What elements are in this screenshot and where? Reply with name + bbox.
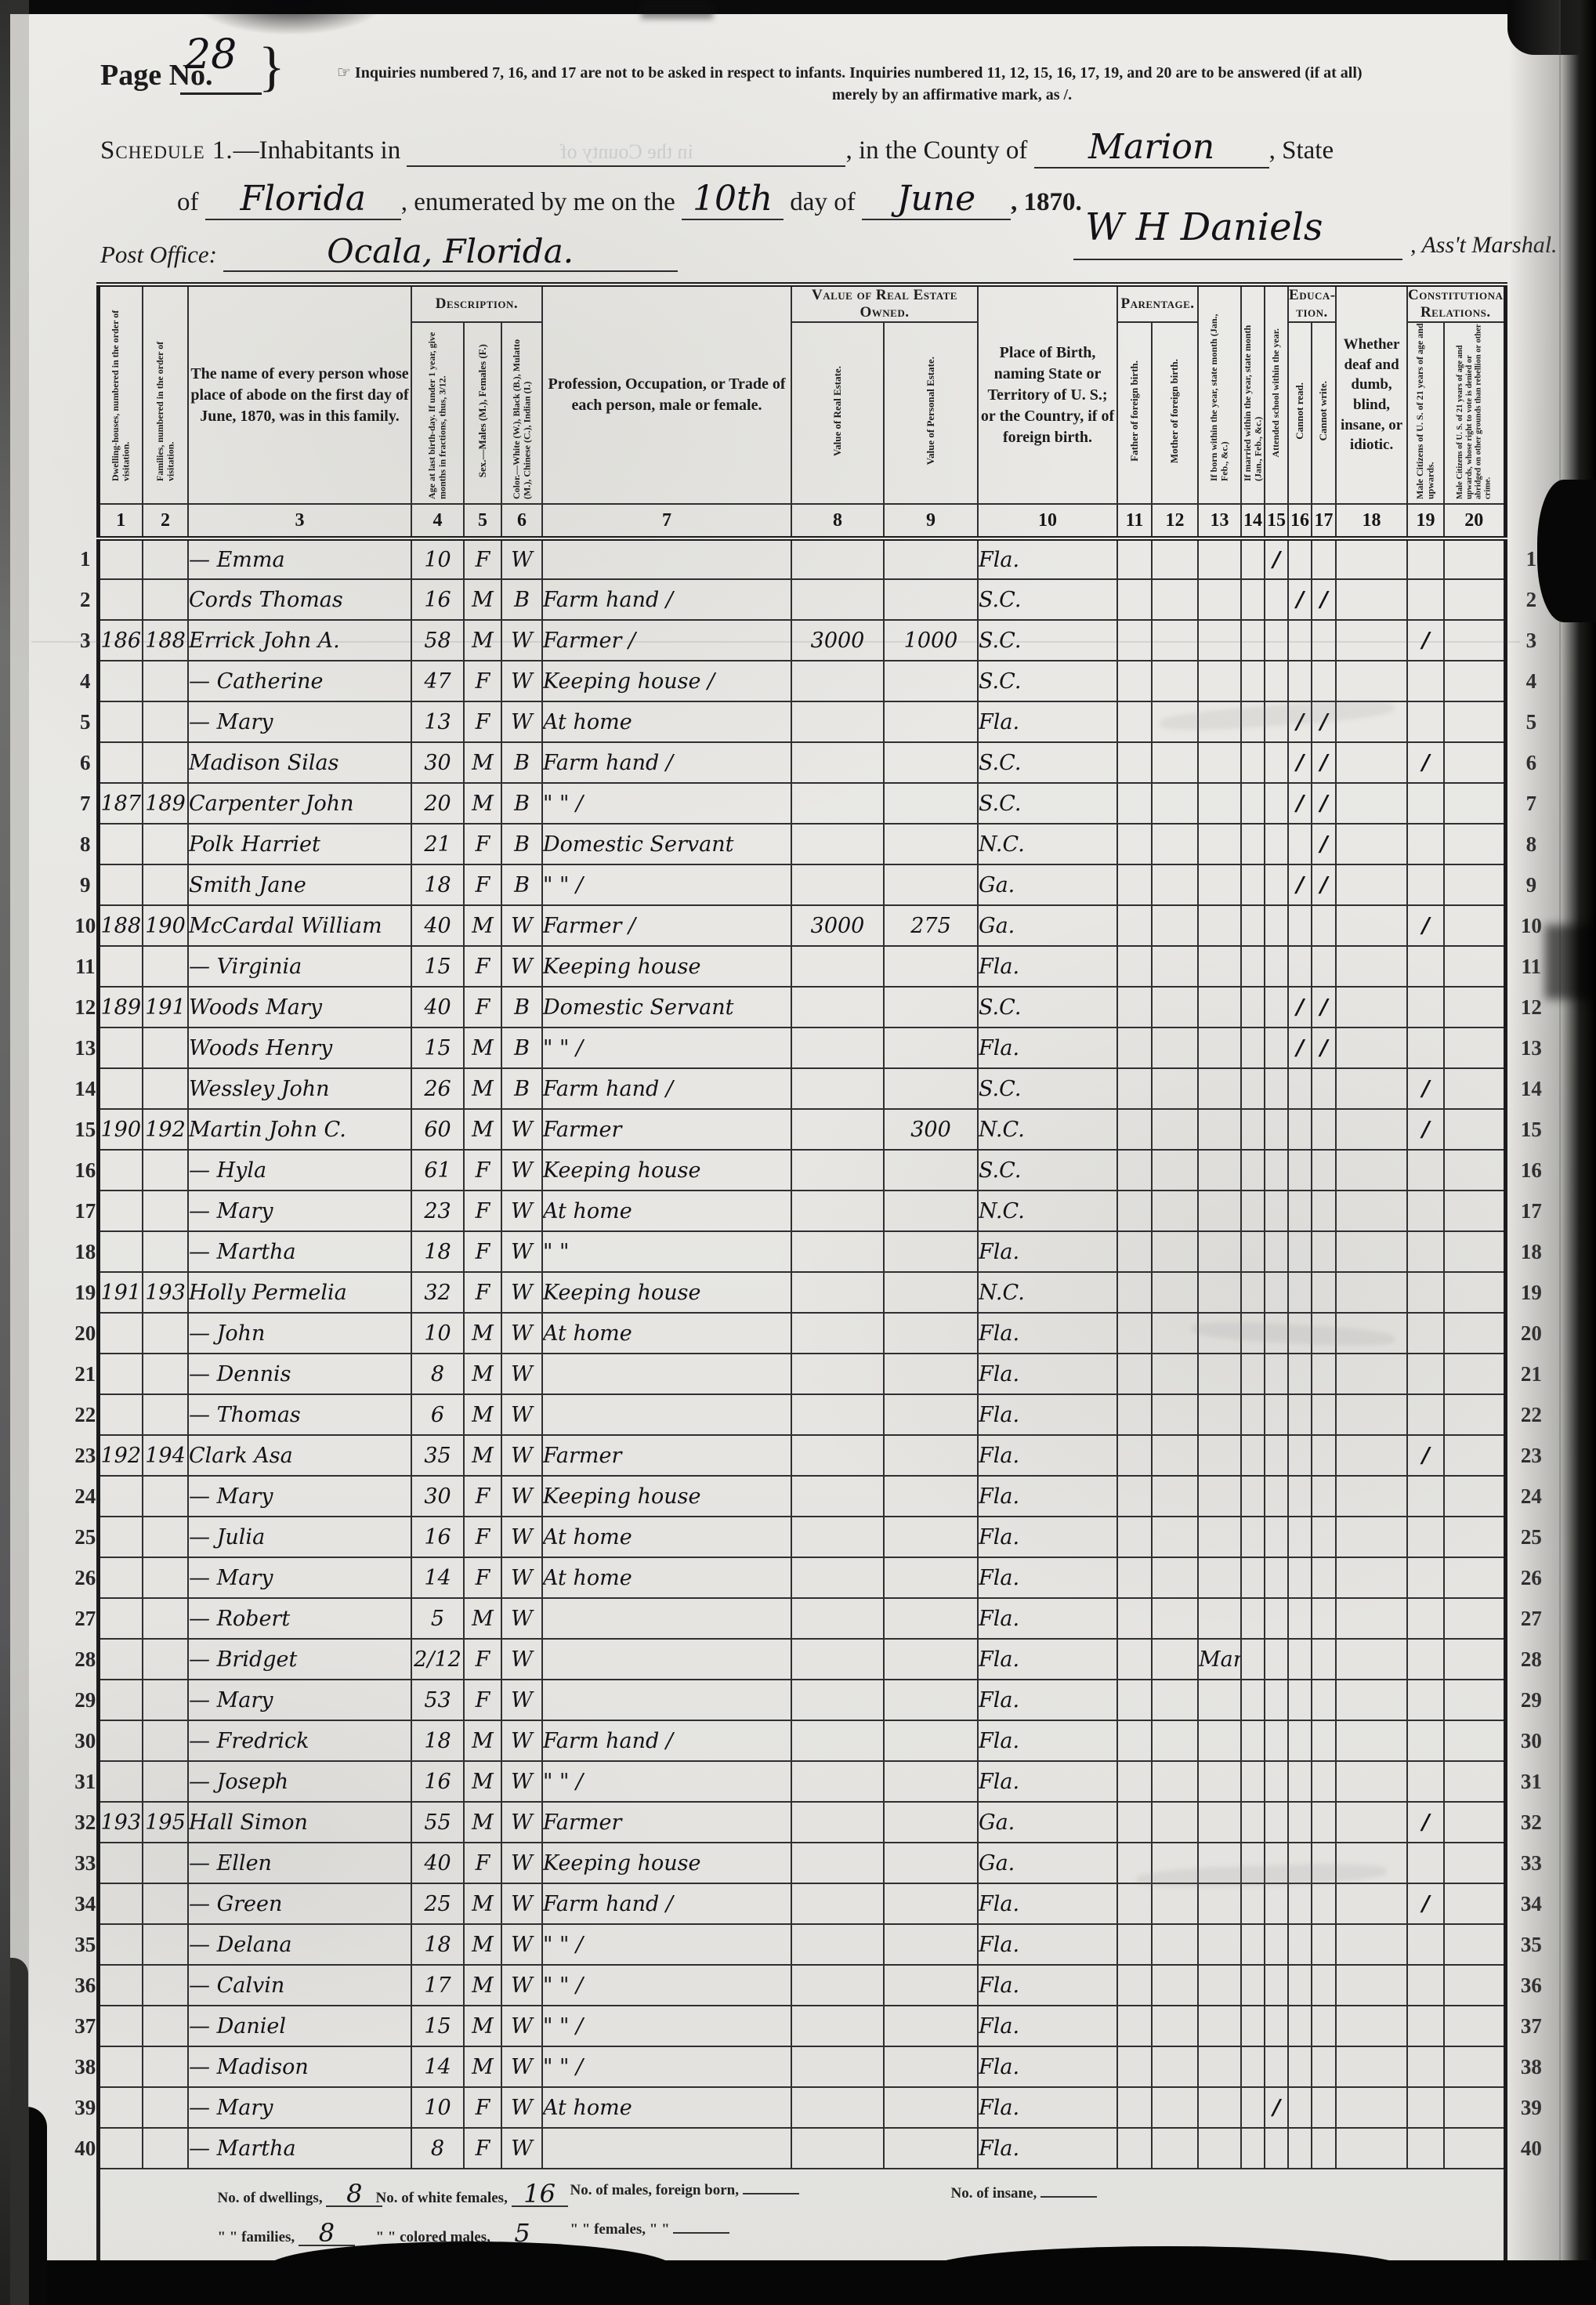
scan-edge-left-shade	[10, 0, 29, 2305]
cell-occupation	[542, 538, 791, 579]
cell-married-month	[1241, 1272, 1265, 1313]
cell-birthplace: S.C.	[978, 742, 1117, 783]
cell-father-foreign	[1117, 1639, 1152, 1680]
cell-cannot-read	[1288, 905, 1312, 946]
cell-dwelling-number: 193	[98, 1802, 143, 1843]
cell-birth-month	[1198, 1883, 1241, 1924]
cell-personal-estate-value	[884, 1027, 978, 1068]
cell-vote-denied	[1444, 1313, 1505, 1354]
column-number-14: 14	[1241, 504, 1265, 538]
cell-vote-denied	[1444, 905, 1505, 946]
cell-name: — Mary	[188, 1191, 411, 1231]
table-row: 4— Catherine47FWKeeping house /S.C.4	[74, 661, 1555, 701]
cell-sex: F	[464, 1680, 501, 1720]
cell-married-month	[1241, 1761, 1265, 1802]
cell-birthplace: Fla.	[978, 538, 1117, 579]
row-number-right: 27	[1505, 1598, 1555, 1639]
cell-dwelling-number	[98, 2128, 143, 2169]
cell-sex: M	[464, 1109, 501, 1150]
cell-occupation: Farmer	[542, 1109, 791, 1150]
cell-male-citizen	[1407, 946, 1444, 987]
cell-father-foreign	[1117, 1027, 1152, 1068]
table-row: 8Polk Harriet21FBDomestic ServantN.C./8	[74, 824, 1555, 864]
scan-smudge	[641, 2, 713, 19]
cell-family-number	[143, 1639, 188, 1680]
cell-birthplace: N.C.	[978, 824, 1117, 864]
cell-color: W	[501, 1557, 542, 1598]
column-header-17: Cannot write.	[1312, 322, 1336, 504]
cell-dwelling-number	[98, 2006, 143, 2046]
cell-birthplace: Fla.	[978, 1517, 1117, 1557]
cell-married-month	[1241, 1557, 1265, 1598]
scan-smudge	[194, 0, 385, 34]
cell-name: — Daniel	[188, 2006, 411, 2046]
cell-sex: F	[464, 1272, 501, 1313]
cell-cannot-write	[1312, 2006, 1336, 2046]
cell-color: W	[501, 1109, 542, 1150]
cell-birthplace: Fla.	[978, 1394, 1117, 1435]
cell-deaf-dumb	[1336, 1476, 1407, 1517]
cell-birthplace: Fla.	[978, 1027, 1117, 1068]
cell-male-citizen	[1407, 1598, 1444, 1639]
cell-personal-estate-value	[884, 1680, 978, 1720]
cell-cannot-read	[1288, 620, 1312, 661]
cell-cannot-read: /	[1288, 579, 1312, 620]
row-number-right: 17	[1505, 1191, 1555, 1231]
column-number-3: 3	[188, 504, 411, 538]
cell-deaf-dumb	[1336, 1435, 1407, 1476]
row-number-right: 36	[1505, 1965, 1555, 2006]
column-number-17: 17	[1312, 504, 1336, 538]
total-value: 3	[467, 2260, 523, 2285]
cell-mother-foreign	[1152, 579, 1198, 620]
cell-color: B	[501, 987, 542, 1027]
cell-birth-month	[1198, 1150, 1241, 1191]
cell-birthplace: Ga.	[978, 1843, 1117, 1883]
column-header-15: Attended school within the year.	[1265, 285, 1288, 504]
cell-cannot-write	[1312, 905, 1336, 946]
cell-birthplace: Fla.	[978, 1313, 1117, 1354]
cell-real-estate-value	[791, 1027, 884, 1068]
cell-deaf-dumb	[1336, 824, 1407, 864]
row-number-right: 33	[1505, 1843, 1555, 1883]
cell-color: B	[501, 783, 542, 824]
cell-color: W	[501, 1231, 542, 1272]
cell-vote-denied	[1444, 1883, 1505, 1924]
cell-vote-denied	[1444, 824, 1505, 864]
cell-name: Madison Silas	[188, 742, 411, 783]
cell-occupation: Farmer /	[542, 620, 791, 661]
row-number-right: 21	[1505, 1354, 1555, 1394]
cell-name: — Bridget	[188, 1639, 411, 1680]
cell-birth-month	[1198, 1802, 1241, 1843]
cell-dwelling-number	[98, 1313, 143, 1354]
cell-occupation: Domestic Servant	[542, 824, 791, 864]
cell-father-foreign	[1117, 701, 1152, 742]
column-number-19: 19	[1407, 504, 1444, 538]
total-value: 8	[326, 2182, 382, 2207]
cell-cannot-read	[1288, 824, 1312, 864]
cell-vote-denied	[1444, 1965, 1505, 2006]
cell-dwelling-number	[98, 1924, 143, 1965]
cell-personal-estate-value: 1000	[884, 620, 978, 661]
cell-mother-foreign	[1152, 1761, 1198, 1802]
column-header-9: Value of Personal Estate.	[884, 322, 978, 504]
cell-age: 30	[411, 742, 464, 783]
cell-family-number	[143, 1680, 188, 1720]
cell-age: 15	[411, 2006, 464, 2046]
column-header-20: Male Citizens of U. S. of 21 years of ag…	[1444, 322, 1505, 504]
cell-dwelling-number: 186	[98, 620, 143, 661]
cell-real-estate-value	[791, 1965, 884, 2006]
cell-vote-denied	[1444, 1720, 1505, 1761]
cell-father-foreign	[1117, 783, 1152, 824]
cell-birth-month	[1198, 742, 1241, 783]
cell-real-estate-value: 3000	[791, 620, 884, 661]
column-number-13: 13	[1198, 504, 1241, 538]
cell-attended-school	[1265, 1191, 1288, 1231]
cell-cannot-write	[1312, 1394, 1336, 1435]
cell-personal-estate-value	[884, 1843, 978, 1883]
cell-cannot-write	[1312, 1598, 1336, 1639]
cell-personal-estate-value	[884, 1965, 978, 2006]
row-number-right: 23	[1505, 1435, 1555, 1476]
cell-vote-denied	[1444, 538, 1505, 579]
cell-deaf-dumb	[1336, 1598, 1407, 1639]
cell-mother-foreign	[1152, 1802, 1198, 1843]
cell-occupation	[542, 1639, 791, 1680]
cell-real-estate-value	[791, 1517, 884, 1557]
cell-vote-denied	[1444, 661, 1505, 701]
cell-age: 2/12	[411, 1639, 464, 1680]
cell-mother-foreign	[1152, 1720, 1198, 1761]
row-number-left: 20	[74, 1313, 98, 1354]
corner-blank	[1505, 322, 1555, 504]
cell-color: B	[501, 1027, 542, 1068]
cell-married-month	[1241, 1720, 1265, 1761]
cell-sex: M	[464, 2006, 501, 2046]
cell-male-citizen	[1407, 783, 1444, 824]
cell-age: 25	[411, 1883, 464, 1924]
cell-occupation: " " /	[542, 864, 791, 905]
cell-occupation: Farm hand /	[542, 1883, 791, 1924]
cell-color: W	[501, 620, 542, 661]
column-number-7: 7	[542, 504, 791, 538]
cell-mother-foreign	[1152, 1517, 1198, 1557]
cell-dwelling-number	[98, 824, 143, 864]
cell-family-number	[143, 661, 188, 701]
cell-dwelling-number	[98, 579, 143, 620]
cell-birth-month	[1198, 1191, 1241, 1231]
cell-birthplace: N.C.	[978, 1191, 1117, 1231]
cell-birthplace: Fla.	[978, 2087, 1117, 2128]
row-number-left: 2	[74, 579, 98, 620]
cell-vote-denied	[1444, 1924, 1505, 1965]
cell-father-foreign	[1117, 579, 1152, 620]
row-number-left: 14	[74, 1068, 98, 1109]
cell-deaf-dumb	[1336, 1394, 1407, 1435]
cell-mother-foreign	[1152, 661, 1198, 701]
cell-birth-month	[1198, 1557, 1241, 1598]
row-number-left: 3	[74, 620, 98, 661]
cell-occupation	[542, 1680, 791, 1720]
cell-mother-foreign	[1152, 1191, 1198, 1231]
cell-cannot-read	[1288, 1598, 1312, 1639]
cell-personal-estate-value	[884, 2006, 978, 2046]
cell-family-number	[143, 1150, 188, 1191]
cell-cannot-read	[1288, 2046, 1312, 2087]
table-row: 40— Martha8FWFla.40	[74, 2128, 1555, 2169]
cell-name: — Mary	[188, 701, 411, 742]
row-number-right: 35	[1505, 1924, 1555, 1965]
cell-father-foreign	[1117, 1272, 1152, 1313]
cell-deaf-dumb	[1336, 538, 1407, 579]
cell-vote-denied	[1444, 1761, 1505, 1802]
cell-birthplace: Fla.	[978, 1598, 1117, 1639]
cell-deaf-dumb	[1336, 2046, 1407, 2087]
cell-birth-month	[1198, 1109, 1241, 1150]
cell-father-foreign	[1117, 1150, 1152, 1191]
post-office-value: Ocala, Florida.	[327, 232, 574, 270]
cell-deaf-dumb	[1336, 1802, 1407, 1843]
cell-father-foreign	[1117, 946, 1152, 987]
cell-mother-foreign	[1152, 1068, 1198, 1109]
cell-real-estate-value	[791, 2128, 884, 2169]
row-number-left: 28	[74, 1639, 98, 1680]
table-row: 36— Calvin17MW" " /Fla.36	[74, 1965, 1555, 2006]
cell-birth-month	[1198, 620, 1241, 661]
column-number-10: 10	[978, 504, 1117, 538]
cell-real-estate-value	[791, 1761, 884, 1802]
row-number-left: 12	[74, 987, 98, 1027]
cell-mother-foreign	[1152, 1109, 1198, 1150]
column-number-6: 6	[501, 504, 542, 538]
cell-male-citizen	[1407, 538, 1444, 579]
cell-occupation	[542, 1598, 791, 1639]
scan-edge-right	[1559, 0, 1596, 2305]
cell-family-number	[143, 1313, 188, 1354]
cell-color: W	[501, 1598, 542, 1639]
cell-family-number	[143, 1027, 188, 1068]
enumerated-label: , enumerated by me on the	[401, 188, 675, 216]
total-item: No. of males, foreign born,	[570, 2182, 799, 2199]
cell-married-month	[1241, 1109, 1265, 1150]
cell-married-month	[1241, 1639, 1265, 1680]
cell-father-foreign	[1117, 742, 1152, 783]
column-header-16: Cannot read.	[1288, 322, 1312, 504]
cell-sex: M	[464, 1027, 501, 1068]
state-label: , State	[1269, 136, 1334, 165]
cell-father-foreign	[1117, 1598, 1152, 1639]
cell-cannot-read	[1288, 1802, 1312, 1843]
cell-married-month	[1241, 1802, 1265, 1843]
cell-father-foreign	[1117, 1517, 1152, 1557]
cell-name: Hall Simon	[188, 1802, 411, 1843]
cell-real-estate-value	[791, 1639, 884, 1680]
row-number-right: 40	[1505, 2128, 1555, 2169]
row-number-left: 9	[74, 864, 98, 905]
of-label: of	[177, 188, 199, 216]
cell-occupation: At home	[542, 701, 791, 742]
brace-glyph: }	[259, 36, 285, 99]
row-number-left: 17	[74, 1191, 98, 1231]
scan-edge-left	[0, 0, 10, 2305]
cell-married-month	[1241, 1965, 1265, 2006]
total-item: " " blind.	[570, 2260, 691, 2278]
row-number-right: 12	[1505, 987, 1555, 1027]
cell-sex: M	[464, 1720, 501, 1761]
row-number-left: 8	[74, 824, 98, 864]
cell-age: 35	[411, 1435, 464, 1476]
cell-occupation: Keeping house	[542, 1150, 791, 1191]
cell-cannot-write	[1312, 1761, 1336, 1802]
cell-cannot-write: /	[1312, 824, 1336, 864]
table-row: 17— Mary23FWAt homeN.C.17	[74, 1191, 1555, 1231]
page-number-underline	[180, 92, 262, 95]
cell-married-month	[1241, 905, 1265, 946]
cell-mother-foreign	[1152, 1354, 1198, 1394]
cell-personal-estate-value	[884, 1924, 978, 1965]
row-number-left: 31	[74, 1761, 98, 1802]
cell-birth-month	[1198, 1761, 1241, 1802]
row-number-left: 6	[74, 742, 98, 783]
table-row: 39— Mary10FWAt homeFla./39	[74, 2087, 1555, 2128]
cell-dwelling-number: 190	[98, 1109, 143, 1150]
cell-color: W	[501, 1150, 542, 1191]
cell-family-number: 190	[143, 905, 188, 946]
cell-mother-foreign	[1152, 1639, 1198, 1680]
cell-male-citizen	[1407, 1517, 1444, 1557]
cell-deaf-dumb	[1336, 1517, 1407, 1557]
cell-cannot-read	[1288, 2006, 1312, 2046]
cell-birth-month	[1198, 2128, 1241, 2169]
cell-birthplace: Fla.	[978, 1354, 1117, 1394]
cell-real-estate-value	[791, 1802, 884, 1843]
cell-dwelling-number	[98, 2087, 143, 2128]
cell-family-number	[143, 2128, 188, 2169]
county-blank: Marion	[1034, 127, 1269, 169]
census-table: Dwelling-houses, numbered in the order o…	[74, 282, 1555, 2301]
cell-married-month	[1241, 1394, 1265, 1435]
cell-dwelling-number	[98, 661, 143, 701]
cell-sex: M	[464, 2046, 501, 2087]
cell-mother-foreign	[1152, 2087, 1198, 2128]
cell-color: W	[501, 1761, 542, 1802]
cell-cannot-write	[1312, 1435, 1336, 1476]
state-value: Florida	[240, 179, 366, 219]
cell-sex: M	[464, 1965, 501, 2006]
row-number-left: 30	[74, 1720, 98, 1761]
cell-birth-month	[1198, 1965, 1241, 2006]
cell-mother-foreign	[1152, 2006, 1198, 2046]
cell-real-estate-value	[791, 2087, 884, 2128]
cell-name: — Mary	[188, 2087, 411, 2128]
cell-color: W	[501, 2128, 542, 2169]
row-number-right: 9	[1505, 864, 1555, 905]
row-number-left: 16	[74, 1150, 98, 1191]
cell-real-estate-value	[791, 1068, 884, 1109]
cell-color: W	[501, 1394, 542, 1435]
cell-male-citizen	[1407, 2087, 1444, 2128]
cell-birthplace: Fla.	[978, 946, 1117, 987]
table-row: 9Smith Jane18FB" " /Ga.//9	[74, 864, 1555, 905]
total-item: " " white males, 16	[218, 2260, 381, 2285]
total-item: " " females, " "	[570, 2221, 730, 2238]
cell-married-month	[1241, 2128, 1265, 2169]
cell-occupation: Keeping house	[542, 1476, 791, 1517]
cell-mother-foreign	[1152, 1394, 1198, 1435]
cell-family-number	[143, 579, 188, 620]
cell-mother-foreign	[1152, 1680, 1198, 1720]
table-row: 11— Virginia15FWKeeping houseFla.11	[74, 946, 1555, 987]
cell-sex: M	[464, 742, 501, 783]
cell-occupation: Farmer	[542, 1435, 791, 1476]
row-number-left: 4	[74, 661, 98, 701]
cell-father-foreign	[1117, 1720, 1152, 1761]
cell-cannot-write	[1312, 1354, 1336, 1394]
cell-father-foreign	[1117, 1191, 1152, 1231]
cell-mother-foreign	[1152, 824, 1198, 864]
cell-dwelling-number	[98, 1517, 143, 1557]
schedule-label: Schedule 1.	[100, 136, 233, 165]
row-number-left: 27	[74, 1598, 98, 1639]
cell-vote-denied	[1444, 1476, 1505, 1517]
cell-occupation: Farmer /	[542, 905, 791, 946]
table-row: 22— Thomas6MWFla.22	[74, 1394, 1555, 1435]
group-header-constitutional: Constitutional Relations.	[1407, 285, 1505, 322]
cell-color: W	[501, 1965, 542, 2006]
cell-attended-school	[1265, 661, 1288, 701]
cell-birthplace: Fla.	[978, 1761, 1117, 1802]
cell-dwelling-number	[98, 1150, 143, 1191]
row-number-right: 22	[1505, 1394, 1555, 1435]
row-number-right: 15	[1505, 1109, 1555, 1150]
cell-family-number	[143, 1557, 188, 1598]
row-number-right: 30	[1505, 1720, 1555, 1761]
column-header-19: Male Citizens of U. S. of 21 years of ag…	[1407, 322, 1444, 504]
cell-cannot-write	[1312, 1109, 1336, 1150]
cell-male-citizen	[1407, 1965, 1444, 2006]
cell-birth-month	[1198, 1598, 1241, 1639]
marshal-title: , Ass't Marshal.	[1410, 232, 1558, 259]
cell-name: — Emma	[188, 538, 411, 579]
cell-birthplace: Fla.	[978, 1557, 1117, 1598]
total-item: " " colored males, 5	[376, 2221, 551, 2246]
cell-age: 10	[411, 2087, 464, 2128]
cell-cannot-read	[1288, 1354, 1312, 1394]
cell-birth-month	[1198, 1068, 1241, 1109]
cell-cannot-read	[1288, 1517, 1312, 1557]
cell-attended-school	[1265, 620, 1288, 661]
cell-personal-estate-value	[884, 538, 978, 579]
cell-married-month	[1241, 1231, 1265, 1272]
total-item: No. of dwellings, 8	[218, 2182, 383, 2207]
cell-deaf-dumb	[1336, 1109, 1407, 1150]
instructions-line-1: ☞ Inquiries numbered 7, 16, and 17 are n…	[337, 63, 1567, 82]
total-label: " " white males,	[218, 2268, 324, 2285]
cell-sex: F	[464, 2128, 501, 2169]
cell-father-foreign	[1117, 1476, 1152, 1517]
cell-birth-month	[1198, 1272, 1241, 1313]
cell-family-number	[143, 1598, 188, 1639]
cell-age: 13	[411, 701, 464, 742]
cell-color: W	[501, 2046, 542, 2087]
cell-vote-denied	[1444, 1557, 1505, 1598]
cell-real-estate-value	[791, 2046, 884, 2087]
row-number-left: 21	[74, 1354, 98, 1394]
cell-birth-month	[1198, 783, 1241, 824]
cell-male-citizen	[1407, 1924, 1444, 1965]
